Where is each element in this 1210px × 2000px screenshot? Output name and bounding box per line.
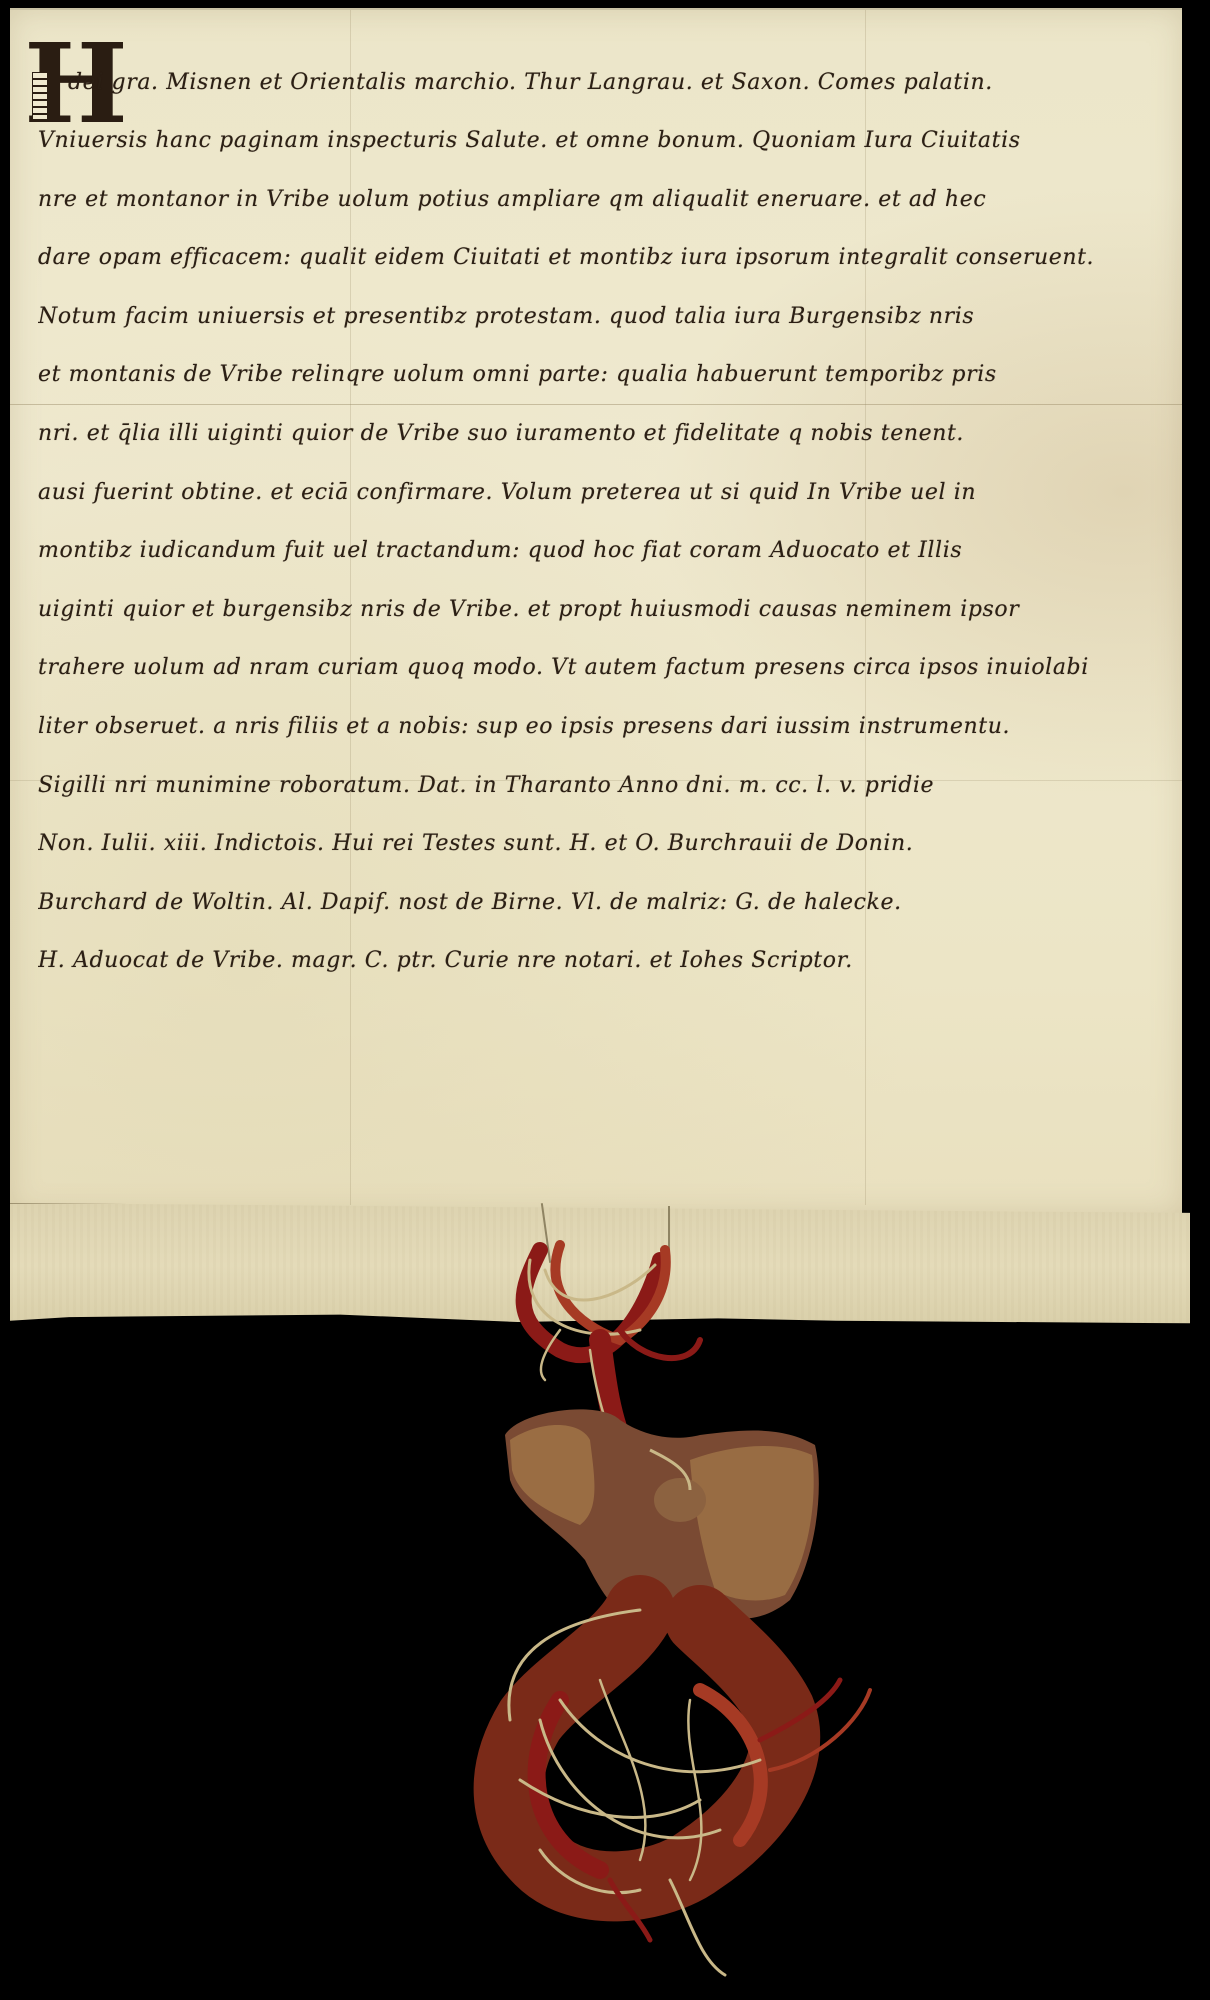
text-line: liter obseruet. a nris filiis et a nobis… xyxy=(38,698,1168,757)
text-line: nre et montanor in Vribe uolum potius am… xyxy=(38,171,1168,230)
text-line: ausi fuerint obtine. et eciā confirmare.… xyxy=(38,464,1168,523)
text-line: dei gra. Misnen et Orientalis marchio. T… xyxy=(68,54,1198,113)
charter-text: dei gra. Misnen et Orientalis marchio. T… xyxy=(68,54,1198,113)
charter: H dei gra. Misnen et Orientalis marchio.… xyxy=(10,8,1190,1326)
text-line: Notum facim uniuersis et presentibz prot… xyxy=(38,288,1168,347)
text-line: dare opam efficacem: qualit eidem Ciuita… xyxy=(38,229,1168,288)
text-line: montibz iudicandum fuit uel tractandum: … xyxy=(38,522,1168,581)
parchment-sheet: H dei gra. Misnen et Orientalis marchio.… xyxy=(10,8,1182,1215)
text-line: H. Aduocat de Vribe. magr. C. ptr. Curie… xyxy=(38,932,1168,991)
text-line: et montanis de Vribe relinqre uolum omni… xyxy=(38,346,1168,405)
text-line: Non. Iulii. xiii. Indictois. Hui rei Tes… xyxy=(38,815,1168,874)
text-line: Sigilli nri munimine roboratum. Dat. in … xyxy=(38,757,1168,816)
text-line: trahere uolum ad nram curiam quoq modo. … xyxy=(38,639,1168,698)
charter-text: Vniuersis hanc paginam inspecturis Salut… xyxy=(38,112,1168,991)
cord-tassel xyxy=(509,1610,870,1975)
text-line: Burchard de Woltin. Al. Dapif. nost de B… xyxy=(38,874,1168,933)
wax-seal xyxy=(505,1409,819,1626)
seal-slit xyxy=(668,1206,670,1256)
text-line: Vniuersis hanc paginam inspecturis Salut… xyxy=(38,112,1168,171)
text-line: uiginti quior et burgensibz nris de Vrib… xyxy=(38,581,1168,640)
text-line: nri. et q̄lia illi uiginti quior de Vrib… xyxy=(38,405,1168,464)
plica-fold xyxy=(10,1203,1190,1327)
